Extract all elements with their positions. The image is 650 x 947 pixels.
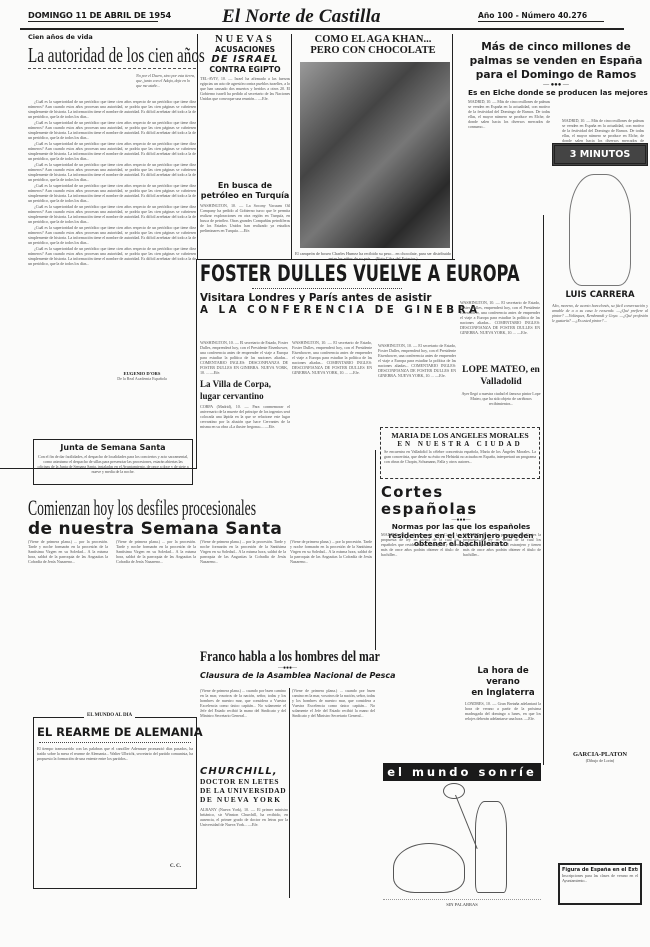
headline: En busca de petróleo en Turquía [200,181,290,201]
headline: La Villa de Corpa, lugar cervantino [200,378,290,402]
headline: Más de cinco millones de palmas se vende… [468,40,644,82]
ad-box: Figura de España en el Extranjero Inscri… [558,863,642,905]
kicker: Cien años de vida [28,33,196,41]
body: ¿Cuál es la superioridad de un periódico… [28,99,196,369]
signature-sub: De la Real Academia Española [28,376,196,381]
masthead-title: El Norte de Castilla [222,6,381,28]
headline: Franco habla a los hombres del mar [200,648,375,666]
headline: Cortes españolas [381,484,541,518]
badge: 3 MINUTOS [552,143,648,166]
article-foster-dulles: FOSTER DULLES VUELVE A EUROPA Visitara L… [200,262,454,316]
masthead-date: DOMINGO 11 DE ABRIL DE 1954 [28,10,171,20]
subhead: Es en Elche donde se producen las mejore… [468,88,644,97]
headline: EL REARME DE ALEMANIA [37,725,193,739]
article-corpa: La Villa de Corpa, lugar cervantino CORP… [200,378,290,459]
article-tres-minutos: 3 MINUTOS LUIS CARRERA Alto, moreno, de … [552,143,648,763]
headline: Comienzan hoy los desfiles procesionales [28,495,328,519]
banner: el mundo sonríe [383,763,541,781]
article-maria-angeles: MARIA DE LOS ANGELES MORALES EN NUESTRA … [380,427,540,479]
dulles-body-col1: WASHINGTON, 10. — El secretario de Estad… [200,340,288,376]
article-israel: NUEVAS ACUSACIONES DE ISRAEL CONTRA EGIP… [200,34,290,166]
article-junta: Junta de Semana Santa Con el fin de dar … [33,439,193,485]
dulles-body-col4: WASHINGTON, 10. — El secretario de Estad… [460,300,540,362]
headline: La autoridad de los cien años [28,43,196,65]
article-mundo-sonrie: el mundo sonríe SIN PALABRAS [383,763,541,907]
dulles-body-col3: WASHINGTON, 10. — El secretario de Estad… [378,343,456,383]
cartoon-sleeping-lion-hunter [383,781,541,900]
article-churchill: CHURCHILL, DOCTOR EN LETES DE LA UNIVERS… [200,766,288,865]
headline: FOSTER DULLES VUELVE A EUROPA [200,262,454,284]
article-alemania: EL MUNDO AL DIA EL REARME DE ALEMANIA El… [33,717,197,889]
article-hora-verano: La hora de verano en Inglaterra LONDRES,… [465,666,541,733]
masthead: DOMINGO 11 DE ABRIL DE 1954 El Norte de … [0,0,650,30]
headline: Junta de Semana Santa [37,443,189,452]
photo-humez [300,62,450,248]
portrait-sketch [569,174,631,286]
epigraph: No por el Duero, sino por esta tierra, q… [136,73,196,95]
article-procesiones: Comienzan hoy los desfiles procesionales… [28,495,328,539]
article-franco: Franco habla a los hombres del mar —●●●—… [200,648,375,680]
article-petroleo: En busca de petróleo en Turquía WASHINGT… [200,181,290,258]
article-aga-khan: COMO EL AGA KHAN... PERO CON CHOCOLATE E… [294,34,452,261]
article-cien-anos: Cien años de vida La autoridad de los ci… [28,33,196,381]
article-cortes: Cortes españolas —●●●— Normas por las qu… [381,484,541,549]
article-lope-mateo: LOPE MATEO, en Valladolid Ayer llegó a n… [460,364,542,417]
masthead-issue: Año 100 - Número 40.276 [478,11,587,20]
